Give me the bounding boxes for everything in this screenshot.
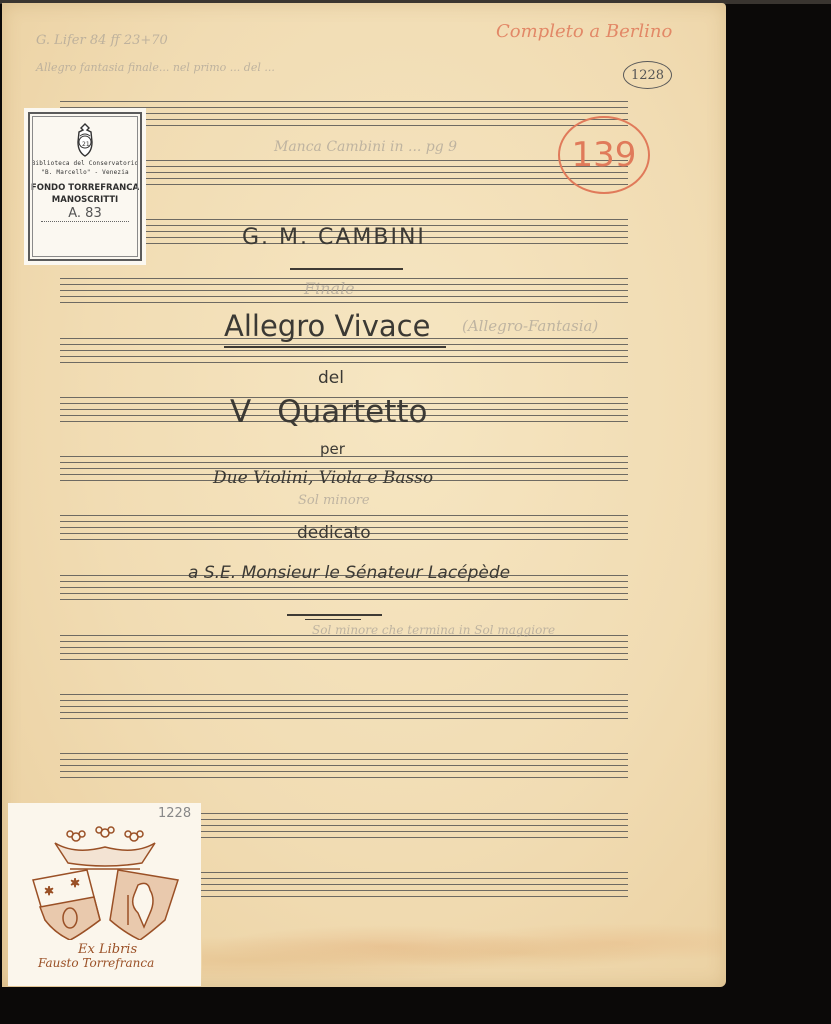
staff-line xyxy=(60,521,628,522)
shield-lion-icon xyxy=(110,870,178,940)
divider-rule-bottom-short xyxy=(305,619,361,620)
shelfmark: A. 83 xyxy=(41,206,129,222)
music-staff xyxy=(60,694,628,719)
title-underline xyxy=(224,346,446,348)
library-label: 21 Biblioteca del Conservatorio "B. Marc… xyxy=(24,108,146,265)
exlibris-number: 1228 xyxy=(158,806,191,821)
instrumentation: Due Violini, Viola e Basso xyxy=(213,468,433,488)
staff-line xyxy=(60,362,628,363)
svg-text:✶: ✶ xyxy=(44,884,54,898)
quartet-word: Quartetto xyxy=(277,394,427,430)
crown-icon xyxy=(55,827,155,869)
staff-line xyxy=(60,694,628,695)
manoscritti-label: MANOSCRITTI xyxy=(52,195,118,205)
music-staff xyxy=(60,635,628,660)
connector-del: del xyxy=(318,368,344,388)
staff-line xyxy=(60,712,628,713)
shield-stars-vase-icon: ✶ ✶ xyxy=(33,870,100,940)
staff-line xyxy=(60,515,628,516)
staff-line xyxy=(60,700,628,701)
quartet-title: VQuartetto xyxy=(230,394,428,430)
svg-text:21: 21 xyxy=(82,141,90,148)
pencil-title-alt: (Allegro-Fantasia) xyxy=(462,317,598,335)
staff-line xyxy=(60,759,628,760)
staff-line xyxy=(60,356,628,357)
fondo-label: FONDO TORREFRANCA xyxy=(31,183,139,193)
piece-title: Allegro Vivace xyxy=(224,309,430,343)
staff-line xyxy=(60,350,628,351)
oval-catalog-number: 1228 xyxy=(623,61,672,89)
library-name-line1: Biblioteca del Conservatorio xyxy=(32,160,139,167)
staff-line xyxy=(60,587,628,588)
pencil-bottom-note: Sol minore che termina in Sol maggiore xyxy=(312,623,555,637)
connector-per: per xyxy=(320,440,345,458)
pencil-key: Sol minore xyxy=(298,493,370,508)
divider-rule-bottom xyxy=(287,614,382,616)
red-circled-number: 139 xyxy=(558,116,650,194)
pencil-annotation-top-2: Allegro fantasia finale... nel primo ...… xyxy=(36,61,275,74)
red-pencil-annotation: Completo a Berlino xyxy=(496,21,672,42)
composer-name: G. M. CAMBINI xyxy=(242,225,426,250)
staff-line xyxy=(60,771,628,772)
staff-line xyxy=(60,706,628,707)
staff-line xyxy=(60,302,628,303)
exlibris-line1: Ex Libris xyxy=(78,942,137,957)
exlibris-label: 1228 ✶ ✶ Ex Libris Fausto Torrefranca xyxy=(8,803,201,986)
staff-line xyxy=(60,659,628,660)
staff-line xyxy=(60,641,628,642)
staff-line xyxy=(60,593,628,594)
pencil-annotation-top-1: G. Lifer 84 ff 23+70 xyxy=(36,33,168,48)
staff-line xyxy=(60,753,628,754)
staff-line xyxy=(60,653,628,654)
staff-line xyxy=(60,344,628,345)
pencil-finale: Finale xyxy=(304,279,355,298)
staff-line xyxy=(60,462,628,463)
water-stain xyxy=(202,918,722,988)
staff-line xyxy=(60,777,628,778)
dedicated-label: dedicato xyxy=(297,523,371,543)
exlibris-line2: Fausto Torrefranca xyxy=(38,956,154,970)
quartet-number: V xyxy=(230,394,251,430)
staff-line xyxy=(60,647,628,648)
exlibris-coat-of-arms: ✶ ✶ xyxy=(30,825,180,940)
dedicatee: a S.E. Monsieur le Sénateur Lacépède xyxy=(188,563,510,583)
divider-rule-top xyxy=(290,268,403,270)
library-name-line2: "B. Marcello" - Venezia xyxy=(41,169,129,176)
svg-text:✶: ✶ xyxy=(70,876,80,890)
staff-line xyxy=(60,599,628,600)
pencil-annotation-middle: Manca Cambini in ... pg 9 xyxy=(274,139,457,155)
music-staff xyxy=(60,753,628,778)
staff-line xyxy=(60,718,628,719)
staff-line xyxy=(60,765,628,766)
staff-line xyxy=(60,101,628,102)
crest-emblem-icon: 21 xyxy=(70,122,100,158)
